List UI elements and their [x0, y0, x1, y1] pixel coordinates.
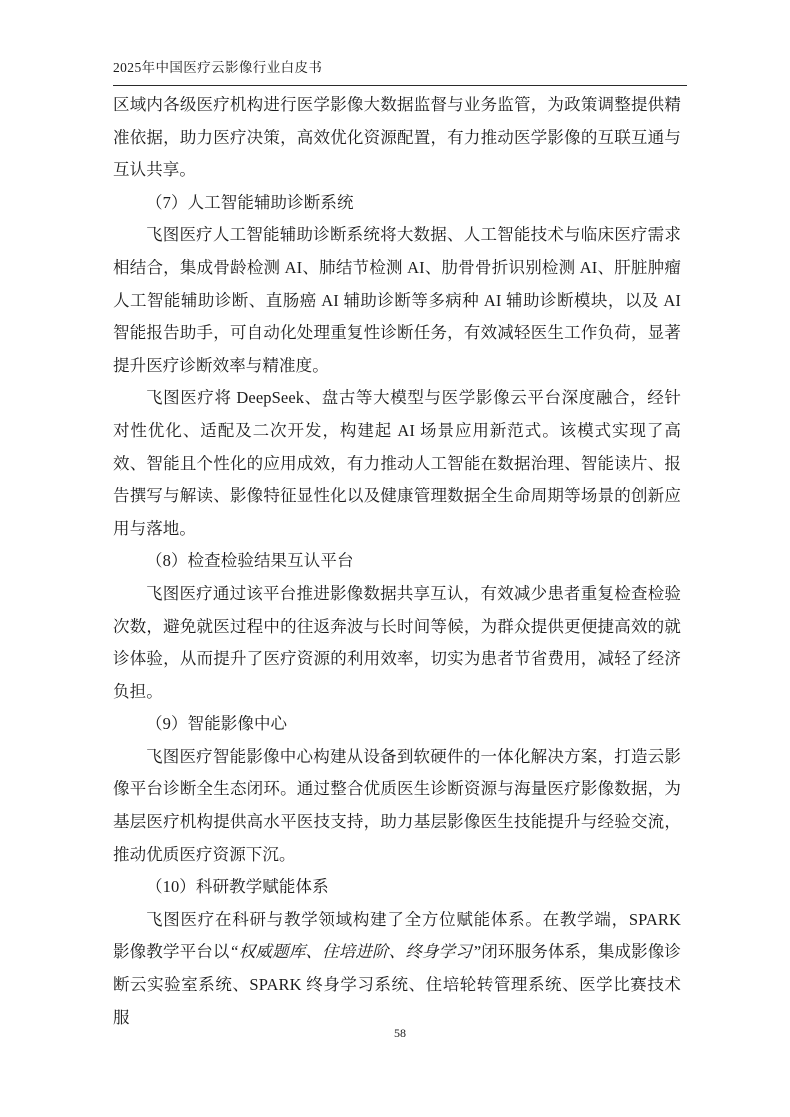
paragraph-smart-imaging-center: 飞图医疗智能影像中心构建从设备到软硬件的一体化解决方案，打造云影像平台诊断全生态… — [113, 741, 681, 871]
paragraph-regional-supervision: 区域内各级医疗机构进行医学影像大数据监督与业务监管，为政策调整提供精准依据，助力… — [113, 89, 681, 187]
paragraph-deepseek-models: 飞图医疗将 DeepSeek、盘古等大模型与医学影像云平台深度融合，经针对性优化… — [113, 382, 681, 545]
section-heading-10: （10）科研教学赋能体系 — [113, 871, 681, 904]
document-page: 2025年中国医疗云影像行业白皮书 区域内各级医疗机构进行医学影像大数据监督与业… — [0, 0, 790, 1117]
section-heading-8: （8）检查检验结果互认平台 — [113, 545, 681, 578]
quoted-phrase: “权威题库、住培进阶、终身学习” — [230, 942, 482, 961]
page-number: 58 — [113, 1026, 687, 1041]
page-footer: 58 — [113, 1026, 687, 1041]
section-heading-7: （7）人工智能辅助诊断系统 — [113, 187, 681, 220]
page-header: 2025年中国医疗云影像行业白皮书 — [113, 56, 687, 86]
paragraph-ai-diagnosis-system: 飞图医疗人工智能辅助诊断系统将大数据、人工智能技术与临床医疗需求相结合，集成骨龄… — [113, 219, 681, 382]
paragraph-research-teaching: 飞图医疗在科研与教学领域构建了全方位赋能体系。在教学端，SPARK 影像教学平台… — [113, 904, 681, 1034]
section-heading-9: （9）智能影像中心 — [113, 708, 681, 741]
header-title: 2025年中国医疗云影像行业白皮书 — [113, 56, 687, 76]
paragraph-mutual-recognition-platform: 飞图医疗通过该平台推进影像数据共享互认，有效减少患者重复检查检验次数，避免就医过… — [113, 578, 681, 708]
document-body: 区域内各级医疗机构进行医学影像大数据监督与业务监管，为政策调整提供精准依据，助力… — [113, 89, 681, 1034]
